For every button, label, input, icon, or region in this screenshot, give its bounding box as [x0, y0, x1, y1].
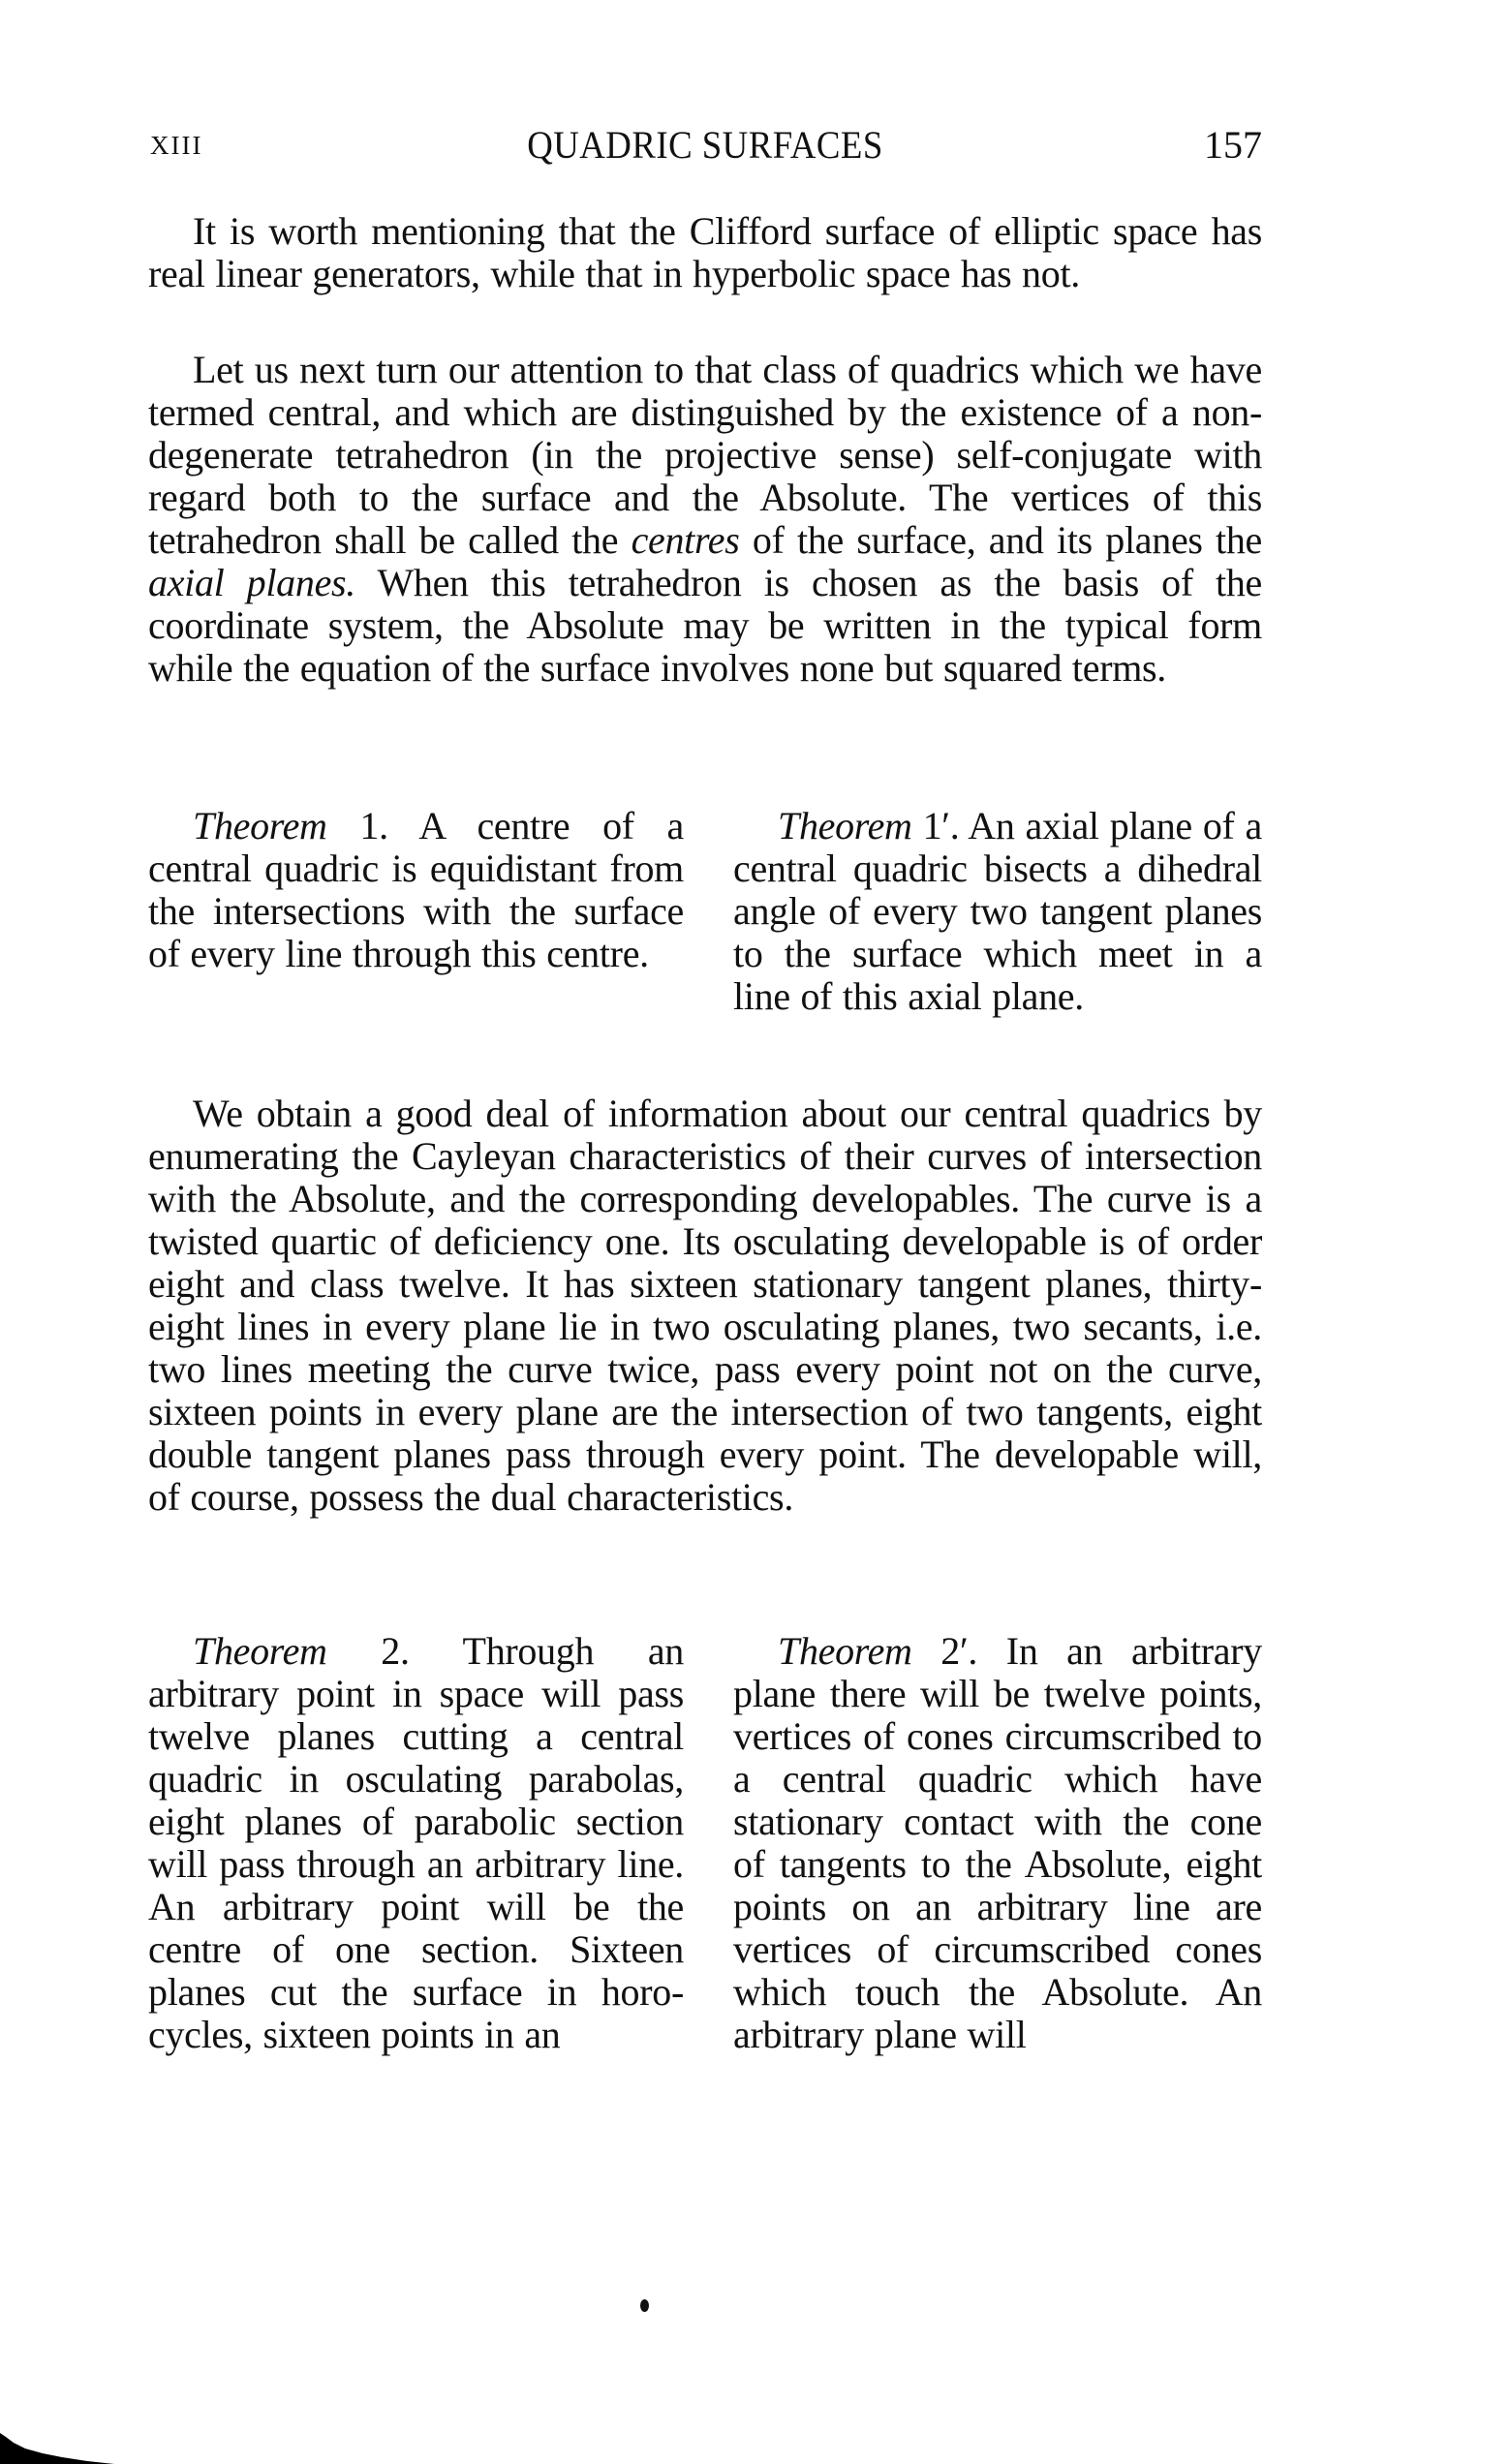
page-number: 157 [1204, 124, 1262, 167]
theorem-2-prime: Theorem 2′. In an arbitrary plane there … [733, 1630, 1262, 2056]
theorem-label: Theorem [778, 804, 912, 847]
paragraph-central-quadrics: Let us next turn our attention to that c… [148, 349, 1262, 690]
paragraph-cayleyan-characteristics: We obtain a good deal of information abo… [148, 1093, 1262, 1519]
theorem-number: 2′. [912, 1629, 978, 1673]
theorem-text: In an arbitrary plane there will be twel… [733, 1629, 1262, 2056]
theorem-number: 2. [327, 1629, 410, 1673]
term-axial-planes: axial planes. [148, 561, 355, 604]
running-header: XIII QUADRIC SURFACES 157 [148, 124, 1262, 172]
theorem-text: Through an arbitrary point in space will… [148, 1629, 684, 2056]
theorem-2: Theorem 2. Through an arbitrary point in… [148, 1630, 684, 2056]
scan-shadow [0, 2431, 116, 2464]
paragraph-text: It is worth mentioning that the Clifford… [148, 210, 1262, 295]
theorem-label: Theorem [778, 1629, 912, 1673]
theorem-label: Theorem [193, 1629, 327, 1673]
ink-speck [640, 2299, 649, 2312]
theorem-1-prime: Theorem 1′. An axial plane of a central … [733, 805, 1262, 1018]
theorem-label: Theorem [193, 804, 327, 847]
paragraph-text: We obtain a good deal of information abo… [148, 1093, 1262, 1519]
paragraph-clifford-surface: It is worth mentioning that the Clifford… [148, 210, 1262, 295]
theorem-1: Theorem 1. A centre of a central quadric… [148, 805, 684, 975]
term-centres: centres [632, 518, 740, 562]
theorem-number: 1. [327, 804, 388, 847]
paragraph-text: Let us next turn our attention to that c… [148, 349, 1262, 690]
running-title: QUADRIC SURFACES [193, 124, 1217, 167]
theorem-number: 1′. [912, 804, 960, 847]
